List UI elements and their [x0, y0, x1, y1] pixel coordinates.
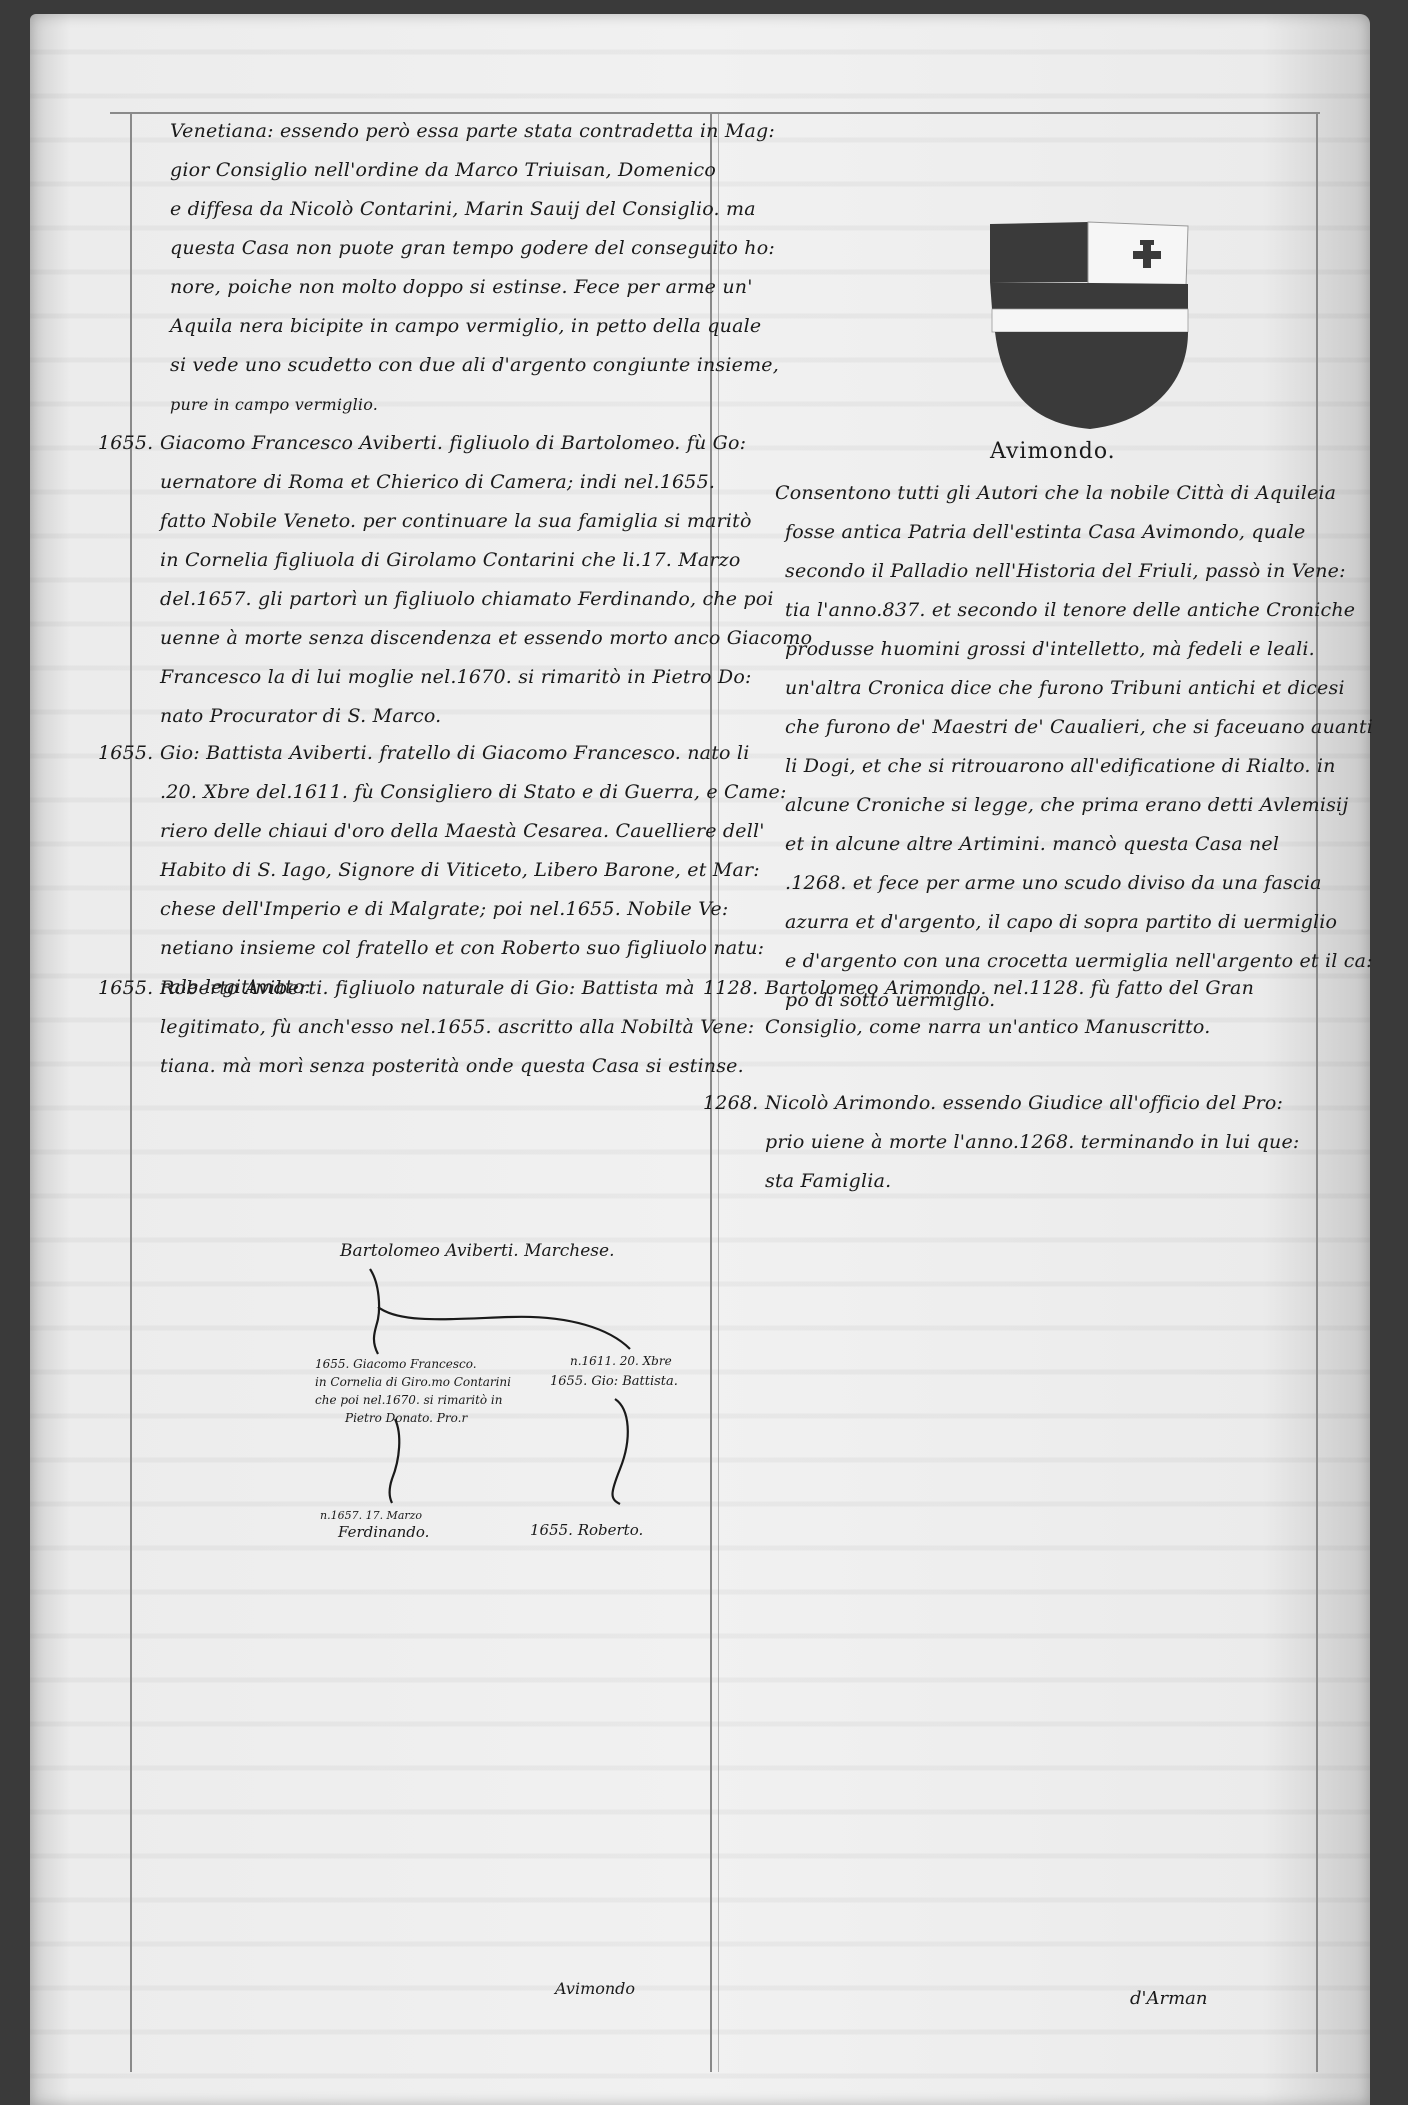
text-line: nore, poiche non molto doppo si estinse.… — [170, 268, 735, 307]
text-line: che furono de' Maestri de' Caualieri, ch… — [785, 708, 1345, 747]
tree-root: Bartolomeo Aviberti. Marchese. — [340, 1241, 614, 1261]
text-line: Giacomo Francesco Aviberti. figliuolo di… — [160, 424, 720, 463]
tree-right-note: n.1611. 20. Xbre — [570, 1354, 672, 1368]
text-line: Roberto Aviberti. figliuolo naturale di … — [160, 969, 720, 1008]
text-line: Venetiana: essendo però essa parte stata… — [170, 112, 735, 151]
entry-year: 1655. — [98, 969, 153, 1008]
tree-left-line: 1655. Giacomo Francesco. — [315, 1357, 477, 1371]
text-line: chese dell'Imperio e di Malgrate; poi ne… — [160, 890, 720, 929]
tree-left-line: che poi nel.1670. si rimaritò in — [315, 1393, 503, 1407]
tree-right-child: 1655. Roberto. — [530, 1521, 643, 1539]
tree-left-child: Ferdinando. — [338, 1523, 429, 1541]
entry-year: 1268. — [703, 1084, 758, 1123]
text-line: Consentono tutti gli Autori che la nobil… — [775, 474, 1345, 513]
text-line: Bartolomeo Arimondo. nel.1128. fù fatto … — [765, 969, 1325, 1008]
text-line: Gio: Battista Aviberti. fratello di Giac… — [160, 734, 720, 773]
text-line: .1268. et fece per arme uno scudo diviso… — [785, 864, 1345, 903]
text-line: fosse antica Patria dell'estinta Casa Av… — [785, 513, 1345, 552]
text-line: Aquila nera bicipite in campo vermiglio,… — [170, 307, 735, 346]
entry-nicolo-arimondo: 1268. Nicolò Arimondo. essendo Giudice a… — [765, 1084, 1325, 1201]
tree-left-line: Pietro Donato. Pro.r — [345, 1411, 467, 1425]
text-line: e diffesa da Nicolò Contarini, Marin Sau… — [170, 190, 735, 229]
text-line: un'altra Cronica dice che furono Tribuni… — [785, 669, 1345, 708]
text-line: tia l'anno.837. et secondo il tenore del… — [785, 591, 1345, 630]
text-line: .20. Xbre del.1611. fù Consigliero di St… — [160, 773, 720, 812]
left-margin-rule — [130, 112, 132, 2072]
tree-left-line: in Cornelia di Giro.mo Contarini — [315, 1375, 511, 1389]
text-line: questa Casa non puote gran tempo godere … — [170, 229, 735, 268]
text-line: netiano insieme col fratello et con Robe… — [160, 929, 720, 968]
text-line: prio uiene à morte l'anno.1268. terminan… — [765, 1123, 1325, 1162]
right-intro-paragraph: Consentono tutti gli Autori che la nobil… — [785, 474, 1345, 1020]
text-line: gior Consiglio nell'ordine da Marco Triu… — [170, 151, 735, 190]
tree-left-child-note: n.1657. 17. Marzo — [320, 1509, 422, 1522]
family-tree: Bartolomeo Aviberti. Marchese. 1655. Gia… — [300, 1229, 730, 1539]
text-line: tiana. mà morì senza posterità onde ques… — [160, 1047, 720, 1086]
entry-gio-battista: 1655. Gio: Battista Aviberti. fratello d… — [160, 734, 720, 1007]
entry-year: 1655. — [98, 734, 153, 773]
text-line: Francesco la di lui moglie nel.1670. si … — [160, 658, 720, 697]
text-line: Consiglio, come narra un'antico Manuscri… — [765, 1008, 1325, 1047]
text-line: Habito di S. Iago, Signore di Viticeto, … — [160, 851, 720, 890]
left-intro-paragraph: Venetiana: essendo però essa parte stata… — [170, 112, 735, 424]
text-line: fatto Nobile Veneto. per continuare la s… — [160, 502, 720, 541]
entry-year: 1128. — [703, 969, 758, 1008]
shield-icon — [960, 204, 1200, 444]
text-line: nato Procurator di S. Marco. — [160, 697, 720, 736]
text-line: legitimato, fù anch'esso nel.1655. ascri… — [160, 1008, 720, 1047]
text-line: sta Famiglia. — [765, 1162, 1325, 1201]
text-line: in Cornelia figliuola di Girolamo Contar… — [160, 541, 720, 580]
text-line: del.1657. gli partorì un figliuolo chiam… — [160, 580, 720, 619]
text-line: secondo il Palladio nell'Historia del Fr… — [785, 552, 1345, 591]
coat-of-arms-title: Avimondo. — [990, 439, 1116, 464]
text-line: Nicolò Arimondo. essendo Giudice all'off… — [765, 1084, 1325, 1123]
catchword-right: d'Arman — [1130, 1988, 1207, 2009]
text-line: azurra et d'argento, il capo di sopra pa… — [785, 903, 1345, 942]
text-line: li Dogi, et che si ritrouarono all'edifi… — [785, 747, 1345, 786]
text-line: uernatore di Roma et Chierico di Camera;… — [160, 463, 720, 502]
text-line: pure in campo vermiglio. — [170, 385, 735, 424]
catchword-left: Avimondo — [555, 1979, 635, 1998]
entry-roberto: 1655. Roberto Aviberti. figliuolo natura… — [160, 969, 720, 1086]
tree-right-name: 1655. Gio: Battista. — [550, 1374, 678, 1389]
text-line: et in alcune altre Artimini. mancò quest… — [785, 825, 1345, 864]
text-line: si vede uno scudetto con due ali d'argen… — [170, 346, 735, 385]
entry-bartolomeo-arimondo: 1128. Bartolomeo Arimondo. nel.1128. fù … — [765, 969, 1325, 1047]
entry-giacomo-francesco: 1655. Giacomo Francesco Aviberti. figliu… — [160, 424, 720, 736]
entry-year: 1655. — [98, 424, 153, 463]
text-line: produsse huomini grossi d'intelletto, mà… — [785, 630, 1345, 669]
manuscript-page: Venetiana: essendo però essa parte stata… — [30, 14, 1370, 2105]
text-line: riero delle chiaui d'oro della Maestà Ce… — [160, 812, 720, 851]
coat-of-arms — [960, 204, 1200, 448]
text-line: alcune Croniche si legge, che prima eran… — [785, 786, 1345, 825]
text-line: uenne à morte senza discendenza et essen… — [160, 619, 720, 658]
